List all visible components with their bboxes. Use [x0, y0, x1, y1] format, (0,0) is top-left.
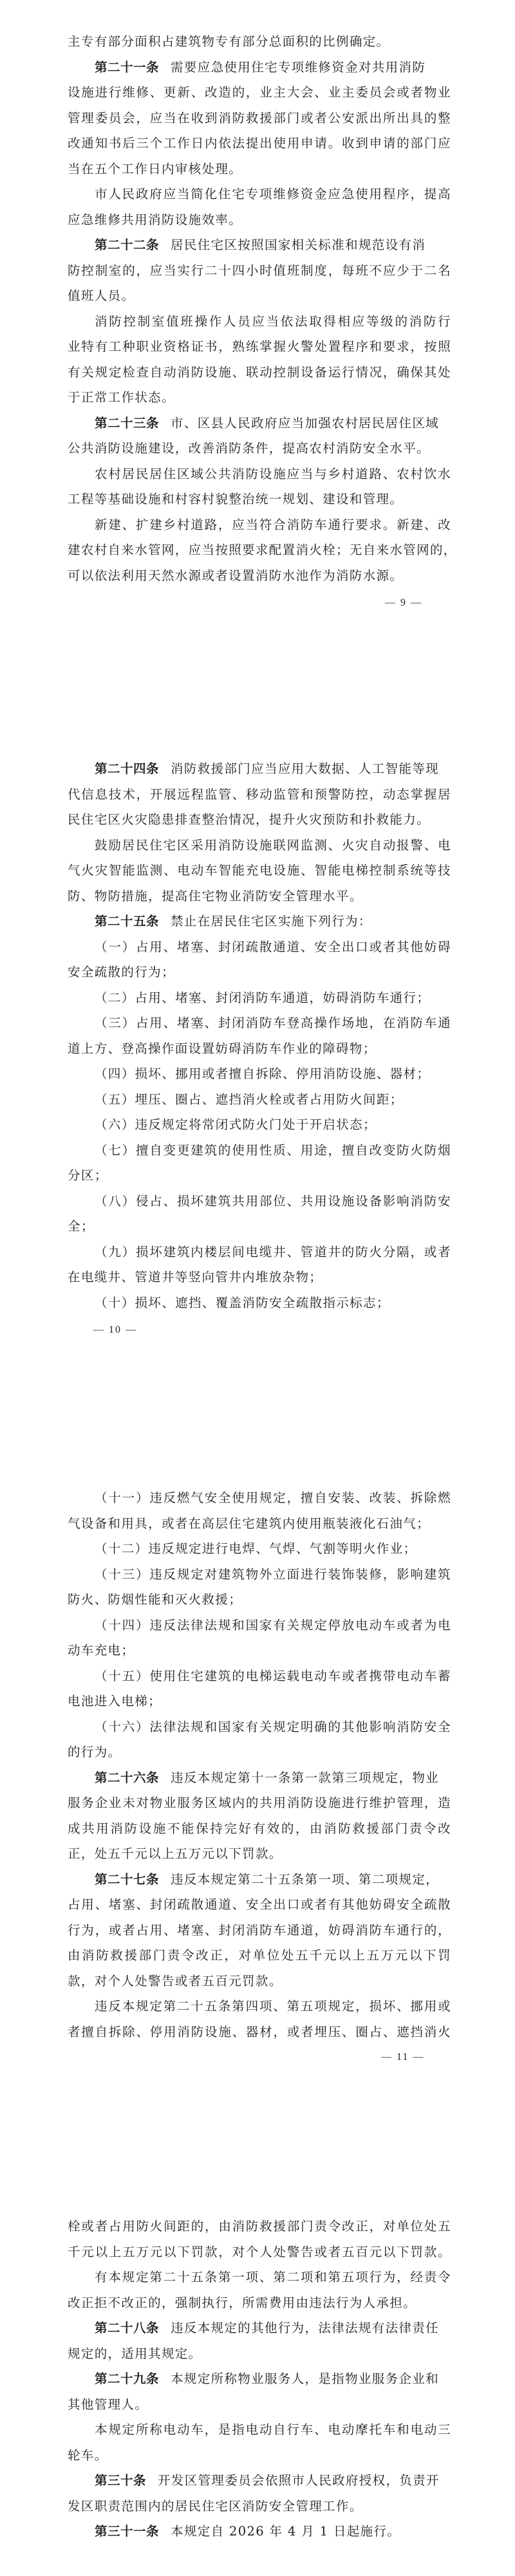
article-line: 第二十九条本规定所称物业服务人，是指物业服务企业和	[68, 2366, 451, 2392]
text-line: 改通知书后三个工作日内依法提出使用申请。收到申请的部门应	[68, 131, 451, 156]
article-line: 第二十一条需要应急使用住宅专项维修资金对共用消防	[68, 55, 451, 80]
article-number: 第二十六条	[95, 1770, 159, 1785]
text-line: 于正常工作状态。	[68, 385, 451, 411]
text-line: 者擅自拆除、停用消防设施、器材，或者埋压、圈占、遮挡消火	[68, 2019, 451, 2045]
article-text: 开发区管理委员会依照市人民政府授权，负责开	[158, 2473, 440, 2488]
article-text: 违反本规定第十一条第一款第三项规定，物业	[171, 1770, 439, 1785]
article-text: 市、区县人民政府应当加强农村居民居住区域	[171, 416, 439, 431]
page-12: 栓或者占用防火间距的，由消防救援部门责令改正，对单位处五千元以上五万元以下罚款，…	[68, 2214, 451, 2544]
article-number: 第二十七条	[95, 1872, 159, 1887]
article-number: 第三十条	[95, 2473, 146, 2488]
article-number: 第二十四条	[95, 761, 159, 776]
list-item-line: （十一）违反燃气安全使用规定，擅自安装、改装、拆除燃	[68, 1485, 451, 1511]
text-line: 防控制室的，应当实行二十四小时值班制度，每班不应少于二名	[68, 258, 451, 284]
text-line: 市人民政府应当简化住宅专项维修资金应急使用程序，提高	[68, 181, 451, 207]
list-item-line: （六）违反规定将常闭式防火门处于开启状态；	[68, 1112, 451, 1138]
page-number-10: — 10 —	[93, 1324, 137, 1336]
text-line: 气设备和用具，或者在高层住宅建筑内使用瓶装液化石油气；	[68, 1511, 451, 1537]
text-line: 农村居民居住区域公共消防设施应当与乡村道路、农村饮水	[68, 461, 451, 487]
text-line: 服务企业未对物业服务区域内的共用消防设施进行维护管理，造	[68, 1790, 451, 1816]
text-line: 当在五个工作日内审核处理。	[68, 156, 451, 182]
text-line: 分区；	[68, 1163, 451, 1189]
article-text: 违反本规定的其他行为，法律法规有法律责任	[171, 2321, 439, 2335]
article-line: 第二十五条禁止在居民住宅区实施下列行为：	[68, 909, 451, 934]
text-line: 值班人员。	[68, 283, 451, 309]
article-line: 第二十三条市、区县人民政府应当加强农村居民居住区域	[68, 411, 451, 436]
text-line: 在电缆井、管道井等竖向管井内堆放杂物；	[68, 1265, 451, 1290]
article-text: 禁止在居民住宅区实施下列行为：	[171, 914, 372, 929]
article-number: 第二十一条	[95, 60, 159, 75]
text-line: 由消防救援部门责令改正，对单位处五千元以上五万元以下罚	[68, 1943, 451, 1969]
article-text: 居民住宅区按照国家相关标准和规范设有消	[171, 237, 426, 252]
text-line: 设施进行维修、更新、改造的，业主大会、业主委员会或者物业	[68, 80, 451, 106]
article-number: 第二十三条	[95, 416, 159, 431]
text-line: 建农村自来水管网，应当按照要求配置消火栓；无自来水管网的，	[68, 537, 451, 563]
text-line: 防、物防措施，提高住宅物业消防安全管理水平。	[68, 884, 451, 909]
page-number-9: — 9 —	[385, 597, 422, 609]
list-item-line: （四）损坏、挪用或者擅自拆除、停用消防设施、器材；	[68, 1061, 451, 1087]
page-9: 主专有部分面积占建筑物专有部分总面积的比例确定。第二十一条需要应急使用住宅专项维…	[68, 29, 451, 588]
text-line: 栓或者占用防火间距的，由消防救援部门责令改正，对单位处五	[68, 2214, 451, 2239]
text-line: 有关规定检查自动消防设施、联动控制设备运行情况，确保其处	[68, 360, 451, 385]
text-line: 违反本规定第二十五条第四项、第五项规定，损坏、挪用或	[68, 1994, 451, 2019]
list-item-line: （十五）使用住宅建筑的电梯运载电动车或者携带电动车蓄	[68, 1663, 451, 1689]
list-item-line: （十四）违反法律法规和国家有关规定停放电动车或者为电	[68, 1613, 451, 1638]
text-line: 正，处五千元以上五万元以下罚款。	[68, 1841, 451, 1867]
text-line: 消防控制室值班操作人员应当依法取得相应等级的消防行	[68, 309, 451, 335]
text-line: 的行为。	[68, 1739, 451, 1765]
text-line: 动车充电；	[68, 1638, 451, 1663]
text-line: 工程等基础设施和村容村貌整治统一规划、建设和管理。	[68, 486, 451, 512]
text-line: 鼓励居民住宅区采用消防设施联网监测、火灾自动报警、电	[68, 833, 451, 858]
list-item-line: （五）埋压、圈占、遮挡消火栓或者占用防火间距；	[68, 1087, 451, 1113]
article-text: 本规定所称物业服务人，是指物业服务企业和	[171, 2371, 439, 2386]
text-line: 成共用消防设施不能保持完好有效的，由消防救援部门责令改	[68, 1816, 451, 1842]
article-line: 第二十八条违反本规定的其他行为，法律法规有法律责任	[68, 2315, 451, 2341]
list-item-line: （一）占用、堵塞、封闭疏散通道、安全出口或者其他妨碍	[68, 934, 451, 960]
list-item-line: （七）擅自变更建筑的使用性质、用途，擅自改变防火防烟	[68, 1138, 451, 1163]
article-number: 第二十八条	[95, 2321, 159, 2335]
text-line: 公共消防设施建设，改善消防条件，提高农村消防安全水平。	[68, 436, 451, 461]
list-item-line: （三）占用、堵塞、封闭消防车登高操作场地，在消防车通	[68, 1010, 451, 1036]
article-line: 第三十条开发区管理委员会依照市人民政府授权，负责开	[68, 2468, 451, 2494]
text-line: 发区职责范围内的居民住宅区消防安全管理工作。	[68, 2494, 451, 2519]
article-line: 第三十一条本规定自 2026 年 4 月 1 日起施行。	[68, 2519, 451, 2544]
text-line: 千元以上五万元以下罚款，对个人处警告或者五百元以下罚款。	[68, 2239, 451, 2265]
article-number: 第二十五条	[95, 914, 159, 929]
text-line: 业特有工种职业资格证书，熟练掌握火警处置程序和要求，按照	[68, 334, 451, 360]
text-line: 本规定所称电动车，是指电动自行车、电动摩托车和电动三	[68, 2417, 451, 2443]
article-line: 第二十六条违反本规定第十一条第一款第三项规定，物业	[68, 1765, 451, 1791]
text-line: 新建、扩建乡村道路，应当符合消防车通行要求。新建、改	[68, 512, 451, 538]
page-11: （十一）违反燃气安全使用规定，擅自安装、改装、拆除燃气设备和用具，或者在高层住宅…	[68, 1485, 451, 2044]
text-line: 改正拒不改正的，强制执行，所需费用由违法行为人承担。	[68, 2290, 451, 2316]
text-line: 道上方、登高操作面设置妨碍消防车作业的障碍物；	[68, 1036, 451, 1062]
list-item-line: （九）损坏建筑内楼层间电缆井、管道井的防火分隔，或者	[68, 1239, 451, 1265]
text-line: 防火、防烟性能和灭火救援；	[68, 1587, 451, 1613]
list-item-line: （十二）违反规定进行电焊、气焊、气割等明火作业；	[68, 1536, 451, 1562]
text-line: 民住宅区火灾隐患排查整治情况，提升火灾预防和扑救能力。	[68, 807, 451, 833]
article-text: 违反本规定第二十五条第一项、第二项规定，	[171, 1872, 439, 1887]
page-number-11: — 11 —	[381, 2052, 424, 2063]
text-line: 行为，或者占用、堵塞、封闭消防车通道，妨碍消防车通行的，	[68, 1918, 451, 1943]
text-line: 可以依法利用天然水源或者设置消防水池作为消防水源。	[68, 563, 451, 589]
text-line: 安全疏散的行为；	[68, 959, 451, 985]
list-item-line: （十三）违反规定对建筑物外立面进行装饰装修，影响建筑	[68, 1562, 451, 1588]
text-line: 管理委员会，应当在收到消防救援部门或者公安派出所出具的整	[68, 106, 451, 131]
article-line: 第二十二条居民住宅区按照国家相关标准和规范设有消	[68, 232, 451, 258]
article-text: 消防救援部门应当应用大数据、人工智能等现	[171, 761, 439, 776]
list-item-line: （十）损坏、遮挡、覆盖消防安全疏散指示标志；	[68, 1290, 451, 1316]
text-line: 电池进入电梯；	[68, 1689, 451, 1714]
text-line: 占用、堵塞、封闭疏散通道、安全出口或者有其他妨碍安全疏散	[68, 1892, 451, 1918]
page-10: 第二十四条消防救援部门应当应用大数据、人工智能等现代信息技术，开展远程监管、移动…	[68, 756, 451, 1315]
article-number: 第三十一条	[95, 2524, 159, 2539]
text-line: 全；	[68, 1214, 451, 1239]
list-item-line: （十六）法律法规和国家有关规定明确的其他影响消防安全	[68, 1714, 451, 1740]
article-text: 本规定自 2026 年 4 月 1 日起施行。	[171, 2524, 400, 2539]
text-line: 主专有部分面积占建筑物专有部分总面积的比例确定。	[68, 29, 451, 55]
text-line: 有本规定第二十五条第一项、第二项和第五项行为，经责令	[68, 2265, 451, 2290]
text-line: 代信息技术，开展远程监管、移动监管和预警防控，动态掌握居	[68, 782, 451, 808]
list-item-line: （八）侵占、损坏建筑共用部位、共用设施设备影响消防安	[68, 1189, 451, 1214]
article-line: 第二十七条违反本规定第二十五条第一项、第二项规定，	[68, 1867, 451, 1893]
list-item-line: （二）占用、堵塞、封闭消防车通道，妨碍消防车通行；	[68, 985, 451, 1011]
text-line: 气火灾智能监测、电动车智能充电设施、智能电梯控制系统等技	[68, 858, 451, 884]
text-line: 其他管理人。	[68, 2392, 451, 2418]
article-number: 第二十九条	[95, 2371, 159, 2386]
text-line: 款，对个人处警告或者五百元罚款。	[68, 1969, 451, 1994]
article-line: 第二十四条消防救援部门应当应用大数据、人工智能等现	[68, 756, 451, 782]
text-line: 轮车。	[68, 2443, 451, 2469]
text-line: 规定的，适用其规定。	[68, 2341, 451, 2367]
article-number: 第二十二条	[95, 237, 159, 252]
text-line: 应急维修共用消防设施效率。	[68, 207, 451, 233]
article-text: 需要应急使用住宅专项维修资金对共用消防	[171, 60, 426, 75]
